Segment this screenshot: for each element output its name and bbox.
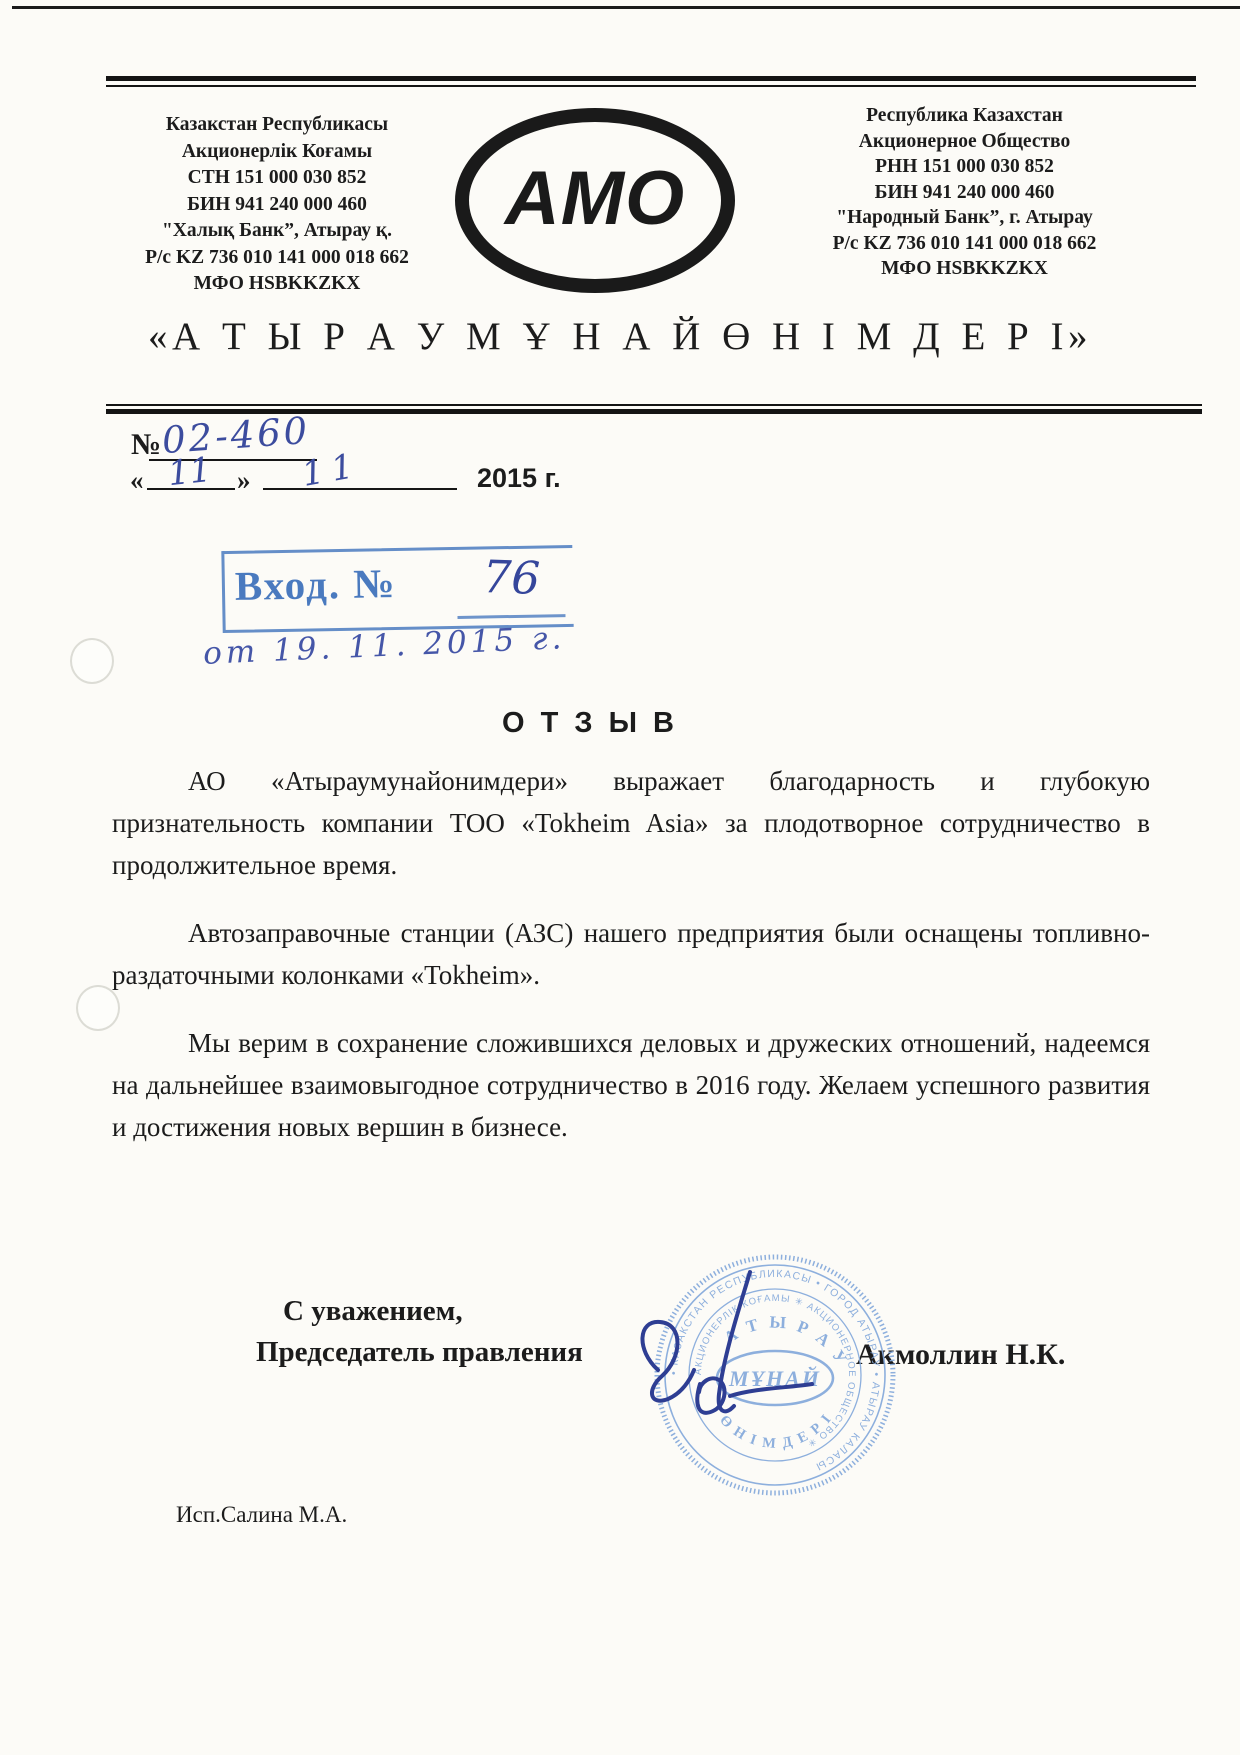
header-left-block: Казакстан Республикасы Акционерлік Коғам… [112,112,442,298]
body-paragraph: Мы верим в сохранение сложившихся деловы… [112,1022,1150,1148]
header-left-line: Р/с KZ 736 010 141 000 018 662 [112,245,442,272]
date-year: 2015 г. [477,463,561,494]
closing-line-1: С уважением, [283,1295,463,1328]
amo-logo-text: АМО [505,155,685,246]
body-paragraph: Автозаправочные станции (АЗС) нашего пре… [112,912,1150,996]
company-title: «А Т Ы Р А У М Ұ Н А Й Ө Н І М Д Е Р І» [0,314,1240,359]
letter-body: АО «Атыраумунайонимдери» выражает благод… [112,760,1150,1174]
date-quote-close: » [237,465,251,496]
header-left-line: СТН 151 000 030 852 [112,165,442,192]
header-right-line: МФО HSBKKZKX [762,256,1167,282]
incoming-stamp-number-handwritten: 76 [482,550,541,605]
body-paragraph: АО «Атыраумунайонимдери» выражает благод… [112,760,1150,886]
incoming-stamp-blank-line [457,614,565,619]
header-left-line: БИН 941 240 000 460 [112,192,442,219]
header-left-line: "Халық Банк”, Атырау қ. [112,218,442,245]
date-month-underline [263,488,457,490]
header-right-line: БИН 941 240 000 460 [762,180,1167,206]
header-left-line: МФО HSBKKZKX [112,271,442,298]
subject-title: О Т З Ы В [0,707,1180,740]
date-day-underline [147,488,235,490]
incoming-stamp: Вход. № 76 [221,545,573,633]
punch-hole [70,638,114,684]
signature-scribble [628,1262,858,1462]
header-left-line: Казакстан Республикасы [112,112,442,139]
header-right-line: "Народный Банк”, г. Атырау [762,205,1167,231]
executor-note: Исп.Салина М.А. [176,1502,347,1528]
amo-logo: АМО [455,108,735,293]
top-double-rule [106,76,1196,87]
header-left-line: Акционерлік Коғамы [112,139,442,166]
header-right-line: РНН 151 000 030 852 [762,154,1167,180]
closing-line-2: Председатель правления [256,1336,583,1369]
header-right-line: Р/с KZ 736 010 141 000 018 662 [762,231,1167,257]
date-quote-open: « [130,465,144,496]
scanned-letter-page: Казакстан Республикасы Акционерлік Коғам… [0,0,1240,1755]
incoming-stamp-label: Вход. № [235,559,397,610]
header-right-line: Акционерное Общество [762,129,1167,155]
header-right-block: Республика Казахстан Акционерное Обществ… [762,103,1167,282]
scan-edge-line [12,6,1240,9]
header-right-line: Республика Казахстан [762,103,1167,129]
doc-number-label: № [131,428,161,462]
